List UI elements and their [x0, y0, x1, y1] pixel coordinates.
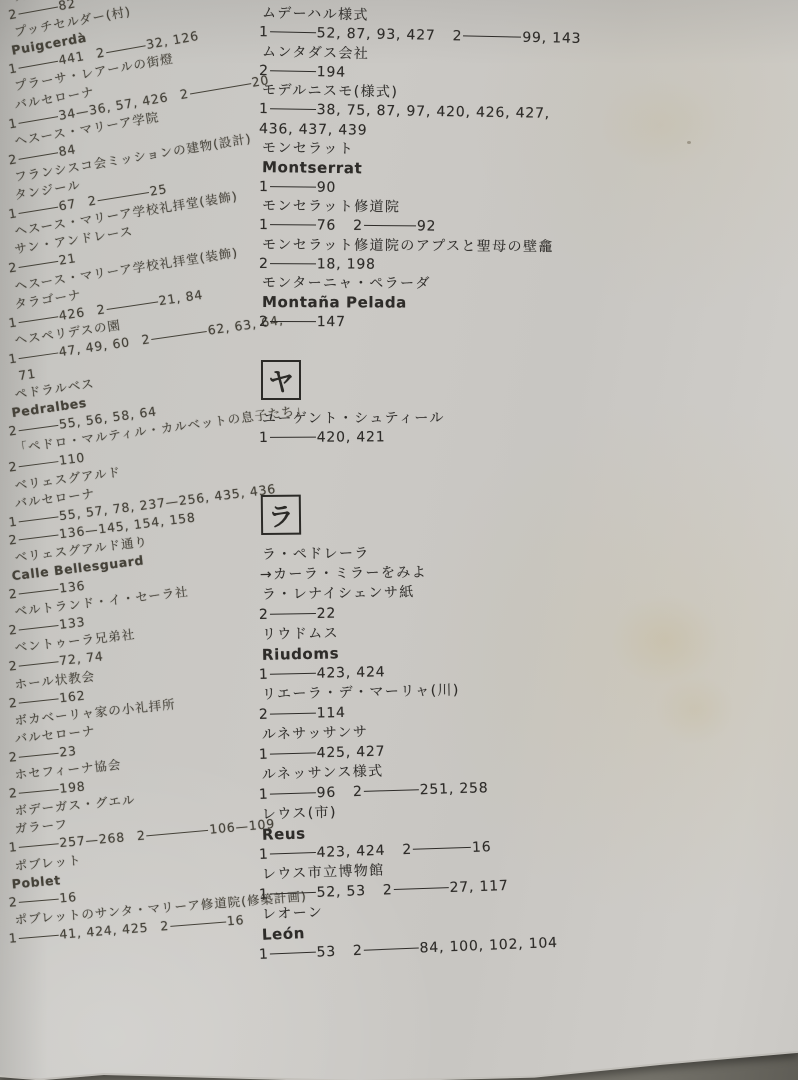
page-numbers: 16 — [472, 837, 492, 858]
volume-number: 2 — [8, 530, 19, 549]
index-entry: モデルニスモ(様式)138, 75, 87, 97, 420, 426, 427… — [256, 81, 796, 139]
ref-gap — [366, 894, 383, 895]
index-entry: ユーゲント・シュティール1420, 421 — [256, 410, 796, 449]
leader-line — [270, 263, 316, 264]
volume-number: 1 — [8, 929, 18, 948]
volume-number: 2 — [8, 585, 19, 604]
leader-line — [18, 61, 58, 69]
leader-line — [364, 225, 416, 226]
volume-number: 1 — [259, 101, 269, 120]
leader-line — [18, 789, 58, 794]
page-numbers: 27, 117 — [449, 876, 509, 898]
volume-number: 2 — [259, 62, 269, 81]
leader-line — [106, 45, 146, 53]
section-header-box-ya: ヤ — [261, 360, 301, 400]
index-entry: モンセラット修道院のアプスと聖母の壁龕218, 198 — [256, 236, 796, 275]
section-header-label: ヤ — [268, 362, 294, 399]
index-section-ya: ヤユーゲント・シュティール1420, 421 — [256, 360, 796, 449]
leader-line — [270, 186, 316, 188]
leader-line — [18, 752, 58, 757]
ref-gap — [385, 854, 402, 855]
leader-line — [18, 661, 58, 666]
ref-gap — [169, 99, 181, 101]
leader-line — [18, 152, 58, 160]
volume-number: 2 — [8, 893, 18, 912]
volume-number: 2 — [383, 880, 393, 900]
leader-line — [18, 516, 58, 522]
leader-line — [270, 70, 316, 72]
volume-number: 2 — [8, 748, 19, 767]
ref-gap — [336, 955, 353, 956]
leader-line — [18, 352, 58, 359]
page-numbers: 16 — [226, 911, 245, 930]
leader-line — [170, 921, 226, 926]
section-header-box-ra: ラ — [261, 494, 301, 534]
leader-line — [270, 109, 316, 111]
page-numbers: 22 — [317, 603, 337, 623]
page-numbers: 99, 143 — [522, 29, 581, 50]
index-section-ma: ムデーハル様式152, 87, 93, 427299, 143ムンタダス会社21… — [256, 4, 796, 332]
index-entry: モンセラット修道院176292 — [256, 197, 796, 236]
page-numbers: 52, 87, 93, 427 — [317, 25, 436, 47]
page-numbers: 92 — [417, 218, 437, 237]
ref-gap — [125, 841, 137, 842]
leader-line — [19, 898, 59, 902]
volume-number: 1 — [259, 664, 269, 684]
page-numbers: 76 — [317, 217, 337, 236]
leader-line — [18, 588, 58, 594]
leader-line — [18, 115, 58, 123]
volume-number: 2 — [402, 839, 412, 859]
leader-line — [97, 192, 148, 201]
leader-line — [18, 461, 58, 467]
volume-number: 2 — [8, 422, 19, 441]
volume-number: 1 — [259, 784, 269, 804]
volume-number: 2 — [8, 657, 19, 676]
ref-gap — [130, 344, 142, 346]
book-photo: 舞台装置282プッチセルダー(村)Puigcerdà1441232, 126プラ… — [0, 0, 798, 1080]
page-numbers: 90 — [317, 178, 337, 198]
volume-number: 1 — [259, 944, 270, 964]
volume-number: 1 — [8, 512, 19, 531]
leader-line — [18, 315, 58, 322]
leader-line — [18, 625, 58, 631]
leader-line — [19, 843, 59, 848]
volume-number: 2 — [452, 28, 462, 48]
volume-number: 2 — [7, 259, 18, 278]
leader-line — [270, 224, 316, 225]
leader-line — [394, 887, 449, 890]
page-numbers: 53 — [316, 941, 336, 962]
volume-number: 2 — [179, 85, 191, 104]
index-entry: レオーンLeón153284, 100, 102, 104 — [256, 905, 796, 965]
leader-line — [270, 32, 316, 34]
page-numbers: 147 — [317, 313, 346, 332]
index-entry: ムデーハル様式152, 87, 93, 427299, 143 — [256, 4, 796, 43]
volume-number: 2 — [353, 217, 363, 236]
leader-line — [19, 934, 59, 938]
page-numbers: 251, 258 — [419, 778, 488, 800]
page-numbers: 52, 53 — [316, 881, 366, 903]
page-numbers: 96 — [316, 782, 336, 803]
leader-line — [147, 830, 209, 837]
page-numbers: 23 — [58, 742, 77, 762]
page-numbers: 16 — [59, 888, 78, 907]
volume-number: 1 — [7, 204, 19, 223]
book-page: 舞台装置282プッチセルダー(村)Puigcerdà1441232, 126プラ… — [0, 0, 798, 1080]
volume-number: 2 — [7, 5, 19, 24]
volume-number: 2 — [8, 693, 19, 712]
volume-number: 1 — [259, 23, 269, 43]
leader-line — [270, 437, 316, 438]
page-numbers: 420, 421 — [317, 429, 386, 449]
volume-number: 1 — [7, 313, 18, 332]
entry-page-refs: 1420, 421 — [256, 426, 796, 448]
index-right-column: ムデーハル様式152, 87, 93, 427299, 143ムンタダス会社21… — [256, 4, 796, 965]
leader-line — [463, 36, 521, 38]
leader-line — [364, 947, 419, 950]
volume-number: 2 — [8, 458, 19, 477]
leader-line — [270, 951, 316, 954]
index-section-ra: ララ・ペドレーラ→カーラ・ミラーをみよラ・レナイシェンサ紙222リウドムスRiu… — [256, 495, 796, 965]
volume-number: 1 — [259, 429, 269, 448]
page-numbers: 423, 424 — [316, 662, 385, 683]
index-entry: モンターニャ・ペラーダMontaña Pelada2147 — [256, 274, 796, 332]
leader-line — [270, 613, 316, 615]
leader-line — [270, 852, 316, 855]
volume-number: 2 — [259, 255, 269, 274]
ref-gap — [85, 314, 97, 316]
page-numbers: 114 — [316, 702, 346, 723]
volume-number: 1 — [259, 216, 269, 235]
leader-line — [18, 698, 58, 703]
volume-number: 2 — [259, 313, 269, 332]
leader-line — [106, 301, 158, 310]
volume-number: 2 — [259, 604, 269, 624]
index-entry: モンセラットMontserrat190 — [256, 139, 796, 197]
volume-number: 2 — [87, 192, 99, 211]
page-numbers: 423, 424 — [316, 840, 385, 862]
leader-line — [270, 321, 316, 322]
volume-number: 1 — [8, 838, 18, 857]
page-numbers: 18, 198 — [317, 255, 376, 275]
volume-number: 2 — [136, 827, 146, 846]
leader-line — [364, 789, 419, 792]
ref-gap — [85, 58, 97, 60]
ref-gap — [77, 206, 89, 208]
volume-number: 2 — [160, 917, 170, 936]
leader-line — [270, 712, 316, 714]
leader-line — [18, 534, 58, 540]
volume-number: 1 — [259, 884, 269, 904]
entry-page-refs: 2147 — [256, 313, 796, 333]
leader-line — [18, 6, 58, 14]
ref-gap — [149, 931, 161, 932]
volume-number: 2 — [7, 150, 19, 169]
page-numbers: 425, 427 — [316, 741, 385, 763]
volume-number: 2 — [140, 330, 151, 349]
volume-number: 2 — [8, 621, 19, 640]
leader-line — [151, 330, 207, 339]
volume-number: 2 — [95, 300, 106, 319]
leader-line — [270, 672, 316, 674]
entry-latin-name: Montaña Pelada — [256, 293, 796, 314]
leader-line — [413, 847, 471, 850]
page-numbers: 194 — [317, 63, 346, 83]
volume-number: 1 — [7, 349, 18, 368]
page-numbers: 21 — [57, 250, 77, 271]
section-header-label: ラ — [268, 496, 294, 533]
leader-line — [270, 752, 316, 754]
leader-line — [18, 261, 58, 268]
volume-number: 2 — [8, 784, 18, 803]
leader-line — [18, 425, 58, 431]
leader-line — [190, 82, 251, 93]
volume-number: 2 — [353, 782, 363, 802]
volume-number: 1 — [259, 744, 269, 764]
leader-line — [18, 206, 58, 213]
volume-number: 2 — [353, 940, 364, 960]
leader-line — [270, 792, 316, 794]
volume-number: 2 — [259, 704, 269, 724]
volume-number: 1 — [259, 178, 269, 197]
volume-number: 1 — [7, 114, 19, 133]
leader-line — [270, 892, 316, 895]
volume-number: 1 — [259, 844, 269, 864]
